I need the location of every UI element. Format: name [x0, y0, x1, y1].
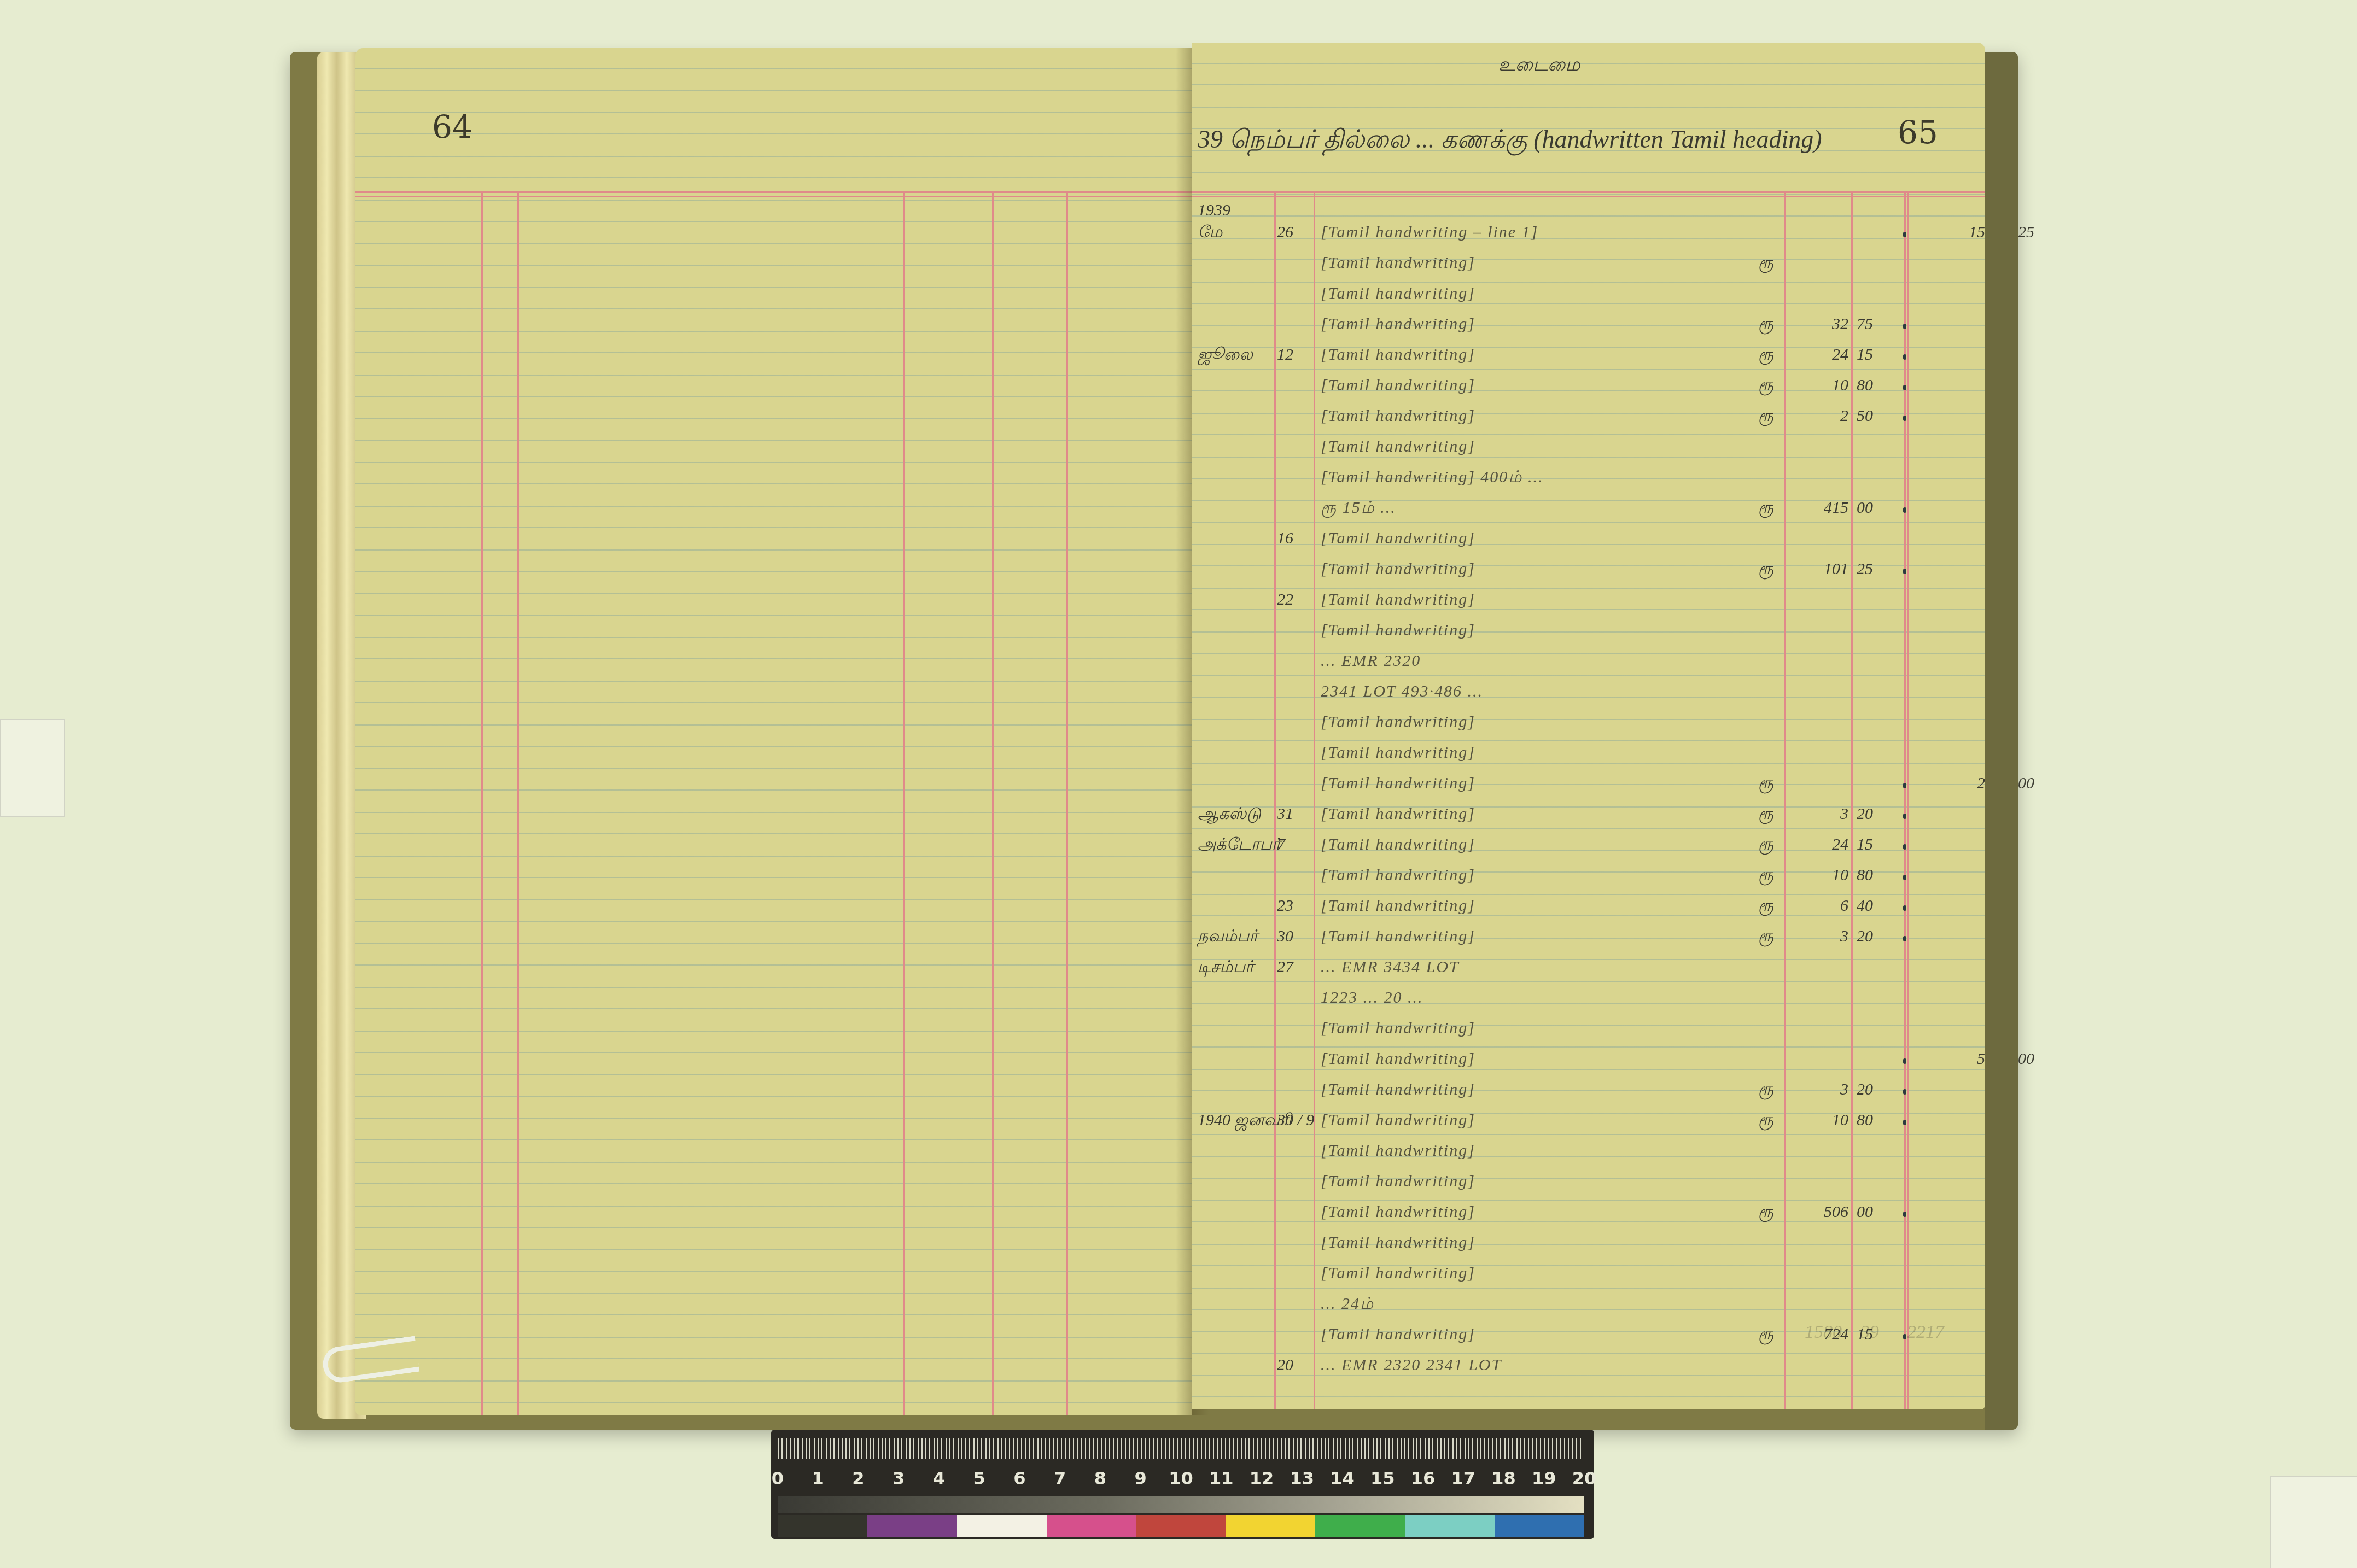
column-rule — [481, 191, 483, 1415]
tick-mark — [1903, 875, 1906, 880]
tick-mark — [1903, 232, 1906, 237]
ledger-row: 22[Tamil handwriting] — [1192, 590, 2078, 616]
ledger-row: [Tamil handwriting]ரூ1080 — [1192, 376, 2078, 401]
ruler-ticks — [778, 1438, 1584, 1459]
ledger-row: [Tamil handwriting] — [1192, 1233, 2078, 1259]
entry-description: [Tamil handwriting] — [1321, 1325, 1769, 1344]
ruler-label: 6 — [1013, 1468, 1025, 1489]
ruler-label: 2 — [852, 1468, 864, 1489]
amount-paise: 80 — [1857, 1111, 1895, 1130]
amount-rupees: 3 — [1788, 1080, 1848, 1099]
tick-mark — [1903, 1058, 1906, 1064]
amount-rupees: 415 — [1788, 499, 1848, 517]
entry-day: 7 — [1277, 835, 1310, 854]
entry-description: [Tamil handwriting] — [1321, 927, 1769, 946]
ditto-mark: ரூ — [1758, 1111, 1780, 1132]
tick-mark — [1903, 354, 1906, 360]
tape-mark-left — [0, 719, 65, 817]
entry-month: ஆகஸ்டு — [1198, 805, 1274, 826]
entry-description: [Tamil handwriting] — [1321, 1080, 1769, 1099]
entry-description: [Tamil handwriting] — [1321, 1233, 1769, 1252]
amount-rupees: 24 — [1788, 346, 1848, 364]
ruler-label: 11 — [1209, 1468, 1234, 1489]
color-patch — [957, 1515, 1047, 1537]
ruler-label: 3 — [892, 1468, 905, 1489]
ledger-row: [Tamil handwriting] — [1192, 744, 2078, 769]
amount-paise: 40 — [1857, 897, 1895, 915]
entry-description: [Tamil handwriting – line 1] — [1321, 223, 1769, 242]
ruler-label: 5 — [973, 1468, 985, 1489]
ledger-row: 20... EMR 2320 2341 LOT — [1192, 1356, 2078, 1381]
entry-month: அக்டோபர் — [1198, 835, 1274, 856]
amount-paise: 15 — [1857, 346, 1895, 364]
ledger-row: [Tamil handwriting] — [1192, 1172, 2078, 1197]
entry-description: [Tamil handwriting] — [1321, 835, 1769, 854]
ledger-row: [Tamil handwriting] — [1192, 1142, 2078, 1167]
tick-mark — [1903, 905, 1906, 911]
ruler-label: 15 — [1370, 1468, 1395, 1489]
ledger-row: ரூ 15ம் ...ரூ41500 — [1192, 499, 2078, 524]
column-rule — [1066, 191, 1068, 1415]
ledger-row: [Tamil handwriting]ரூ21600 — [1192, 774, 2078, 799]
entry-description: [Tamil handwriting] — [1321, 1019, 1769, 1038]
ledger-row: [Tamil handwriting] — [1192, 437, 2078, 463]
color-patch — [867, 1515, 957, 1537]
ledger-row: [Tamil handwriting]ரூ320 — [1192, 1080, 2078, 1105]
tick-mark — [1903, 416, 1906, 421]
tick-mark — [1903, 783, 1906, 788]
ruler-label: 18 — [1491, 1468, 1516, 1489]
ditto-mark: ரூ — [1758, 1325, 1780, 1346]
ledger-row: 1940 ஜனவரி30 / 9[Tamil handwriting]ரூ108… — [1192, 1111, 2078, 1136]
entry-description: ... EMR 2320 2341 LOT — [1321, 1356, 1769, 1374]
ditto-mark: ரூ — [1758, 376, 1780, 397]
ruler-label: 9 — [1135, 1468, 1147, 1489]
ditto-mark: ரூ — [1758, 774, 1780, 795]
ledger-row: அக்டோபர்7[Tamil handwriting]ரூ2415 — [1192, 835, 2078, 861]
ditto-mark: ரூ — [1758, 835, 1780, 856]
amount-rupees: 10 — [1788, 866, 1848, 885]
entry-day: 16 — [1277, 529, 1310, 548]
entry-description: [Tamil handwriting] — [1321, 284, 1769, 303]
ruler-labels: 01234567891011121314151617181920 — [778, 1468, 1584, 1490]
entry-description: [Tamil handwriting] — [1321, 1111, 1769, 1130]
entry-description: [Tamil handwriting] — [1321, 437, 1769, 456]
bleed-through-totals: 1580 39 2217 — [1805, 1322, 1944, 1343]
header-rule — [1192, 191, 1985, 193]
ditto-mark: ரூ — [1758, 346, 1780, 366]
amount-rupees: 2 — [1788, 407, 1848, 425]
tick-mark — [1903, 936, 1906, 941]
tick-mark — [1903, 1212, 1906, 1217]
entry-description: ரூ 15ம் ... — [1321, 499, 1769, 519]
ruler-label: 19 — [1532, 1468, 1556, 1489]
color-patch — [1047, 1515, 1136, 1537]
ledger-row: [Tamil handwriting]ரூ3275 — [1192, 315, 2078, 340]
amount-paise: 50 — [1857, 407, 1895, 425]
page-heading: 39 நெம்பர் தில்லை ... கணக்கு (handwritte… — [1198, 125, 1843, 157]
tick-mark — [1903, 507, 1906, 513]
ditto-mark: ரூ — [1758, 866, 1780, 887]
ledger-entries: மே26[Tamil handwriting – line 1]150125[T… — [1192, 223, 2078, 1399]
entry-description: ... EMR 2320 — [1321, 652, 1769, 670]
entry-month: மே — [1198, 223, 1274, 244]
right-page-number: 65 — [1898, 114, 1938, 151]
ditto-mark: ரூ — [1758, 407, 1780, 428]
entry-description: [Tamil handwriting] — [1321, 376, 1769, 395]
tick-mark — [1903, 814, 1906, 819]
entry-description: [Tamil handwriting] — [1321, 1203, 1769, 1221]
ledger-row: ஜூலை12[Tamil handwriting]ரூ2415 — [1192, 346, 2078, 371]
amount-rupees: 10 — [1788, 376, 1848, 395]
ruler-label: 7 — [1054, 1468, 1066, 1489]
amount-rupees: 32 — [1788, 315, 1848, 334]
ledger-row: [Tamil handwriting]ரூ — [1192, 254, 2078, 279]
scale-bar: 01234567891011121314151617181920 — [771, 1430, 1594, 1539]
ledger-row: [Tamil handwriting] — [1192, 284, 2078, 309]
color-patch — [1495, 1515, 1584, 1537]
ledger-row: [Tamil handwriting] — [1192, 621, 2078, 646]
amount-rupees: 101 — [1788, 560, 1848, 578]
amount-paise: 20 — [1857, 1080, 1895, 1099]
bleed-ps: 39 — [1860, 1322, 1879, 1342]
header-rule — [1192, 196, 1985, 197]
ruler-label: 16 — [1411, 1468, 1436, 1489]
entry-day: 12 — [1277, 346, 1310, 364]
left-page-number: 64 — [432, 108, 472, 145]
ruler-label: 1 — [812, 1468, 824, 1489]
entry-day: 31 — [1277, 805, 1310, 823]
amount-rupees: 3 — [1788, 805, 1848, 823]
entry-description: [Tamil handwriting] — [1321, 805, 1769, 823]
ledger-row: 23[Tamil handwriting]ரூ640 — [1192, 897, 2078, 922]
ledger-row: ஆகஸ்டு31[Tamil handwriting]ரூ320 — [1192, 805, 2078, 830]
color-patch — [778, 1515, 867, 1537]
ledger-row: [Tamil handwriting]ரூ50600 — [1192, 1203, 2078, 1228]
entry-description: [Tamil handwriting] — [1321, 346, 1769, 364]
entry-day: 22 — [1277, 590, 1310, 609]
column-rule — [903, 191, 905, 1415]
entry-description: [Tamil handwriting] — [1321, 713, 1769, 732]
left-page: 64 — [355, 48, 1192, 1415]
amount-paise: 75 — [1857, 315, 1895, 334]
entry-day: 26 — [1277, 223, 1310, 242]
amount-rupees: 3 — [1788, 927, 1848, 946]
ledger-row: [Tamil handwriting] — [1192, 713, 2078, 738]
entry-description: [Tamil handwriting] — [1321, 407, 1769, 425]
color-patch — [1405, 1515, 1495, 1537]
ruler-label: 8 — [1094, 1468, 1106, 1489]
bleed-rs: 1580 — [1805, 1322, 1842, 1342]
ruler-label: 10 — [1169, 1468, 1193, 1489]
ditto-mark: ரூ — [1758, 897, 1780, 917]
amount-paise: 20 — [1857, 927, 1895, 946]
amount-rupees: 24 — [1788, 835, 1848, 854]
entry-day: 20 — [1277, 1356, 1310, 1374]
color-patch — [1315, 1515, 1405, 1537]
ruler-label: 13 — [1290, 1468, 1314, 1489]
column-rule — [992, 191, 994, 1415]
ditto-mark: ரூ — [1758, 254, 1780, 274]
ruler-label: 14 — [1330, 1468, 1355, 1489]
entry-description: [Tamil handwriting] — [1321, 590, 1769, 609]
cover-edge-right — [1985, 52, 2018, 1430]
ruler-label: 12 — [1250, 1468, 1274, 1489]
ruler-label: 0 — [772, 1468, 784, 1489]
tick-mark — [1903, 1089, 1906, 1095]
ditto-mark: ரூ — [1758, 1203, 1780, 1224]
ditto-mark: ரூ — [1758, 805, 1780, 826]
ditto-mark: ரூ — [1758, 499, 1780, 519]
ledger-row: மே26[Tamil handwriting – line 1]150125 — [1192, 223, 2078, 248]
tape-mark-right — [2270, 1476, 2357, 1568]
amount-paise: 80 — [1857, 376, 1895, 395]
gray-scale-strip — [778, 1496, 1584, 1513]
entry-description: [Tamil handwriting] — [1321, 560, 1769, 578]
entry-month: ஜூலை — [1198, 346, 1274, 366]
ruler-label: 20 — [1572, 1468, 1597, 1489]
ledger-row: [Tamil handwriting]ரூ1080 — [1192, 866, 2078, 891]
tick-mark — [1903, 569, 1906, 574]
ledger-row: [Tamil handwriting] — [1192, 1264, 2078, 1289]
ledger-row: நவம்பர்30[Tamil handwriting]ரூ320 — [1192, 927, 2078, 952]
ledger-row: 2341 LOT 493·486 ... — [1192, 682, 2078, 707]
entry-description: 2341 LOT 493·486 ... — [1321, 682, 1769, 701]
bleed-total: 2217 — [1907, 1322, 1944, 1342]
ledger-row: [Tamil handwriting]ரூ10125 — [1192, 560, 2078, 585]
ledger-row: 1223 ... 20 ... — [1192, 988, 2078, 1014]
color-patch — [1136, 1515, 1226, 1537]
ruler-label: 17 — [1451, 1468, 1475, 1489]
total-paise: 00 — [2018, 774, 2062, 793]
ledger-row: [Tamil handwriting]ரூ250 — [1192, 407, 2078, 432]
entry-day: 30 — [1277, 927, 1310, 946]
entry-month: 1940 ஜனவரி — [1198, 1111, 1274, 1132]
entry-description: [Tamil handwriting] — [1321, 1172, 1769, 1191]
amount-rupees: 506 — [1788, 1203, 1848, 1221]
ditto-mark: ரூ — [1758, 560, 1780, 581]
entry-description: [Tamil handwriting] — [1321, 1142, 1769, 1160]
ditto-mark: ரூ — [1758, 1080, 1780, 1101]
entry-description: [Tamil handwriting] — [1321, 1050, 1769, 1068]
entry-description: [Tamil handwriting] — [1321, 866, 1769, 885]
entry-description: ... 24ம் — [1321, 1295, 1769, 1315]
tick-mark — [1903, 324, 1906, 329]
ledger-row: [Tamil handwriting]50000 — [1192, 1050, 2078, 1075]
ledger-row: [Tamil handwriting] — [1192, 1019, 2078, 1044]
entry-description: [Tamil handwriting] — [1321, 774, 1769, 793]
color-patch — [1226, 1515, 1315, 1537]
ledger-row: ... 24ம் — [1192, 1295, 2078, 1320]
entry-description: 1223 ... 20 ... — [1321, 988, 1769, 1007]
amount-paise: 80 — [1857, 866, 1895, 885]
tick-mark — [1903, 1120, 1906, 1125]
entry-month: நவம்பர் — [1198, 927, 1274, 948]
ditto-mark: ரூ — [1758, 315, 1780, 336]
amount-paise: 20 — [1857, 805, 1895, 823]
entry-description: [Tamil handwriting] — [1321, 254, 1769, 272]
entry-description: [Tamil handwriting] — [1321, 621, 1769, 640]
entry-day: 30 / 9 — [1277, 1111, 1310, 1130]
top-label: உடைமை — [1498, 55, 1580, 78]
right-page: உடைமை 39 நெம்பர் தில்லை ... கணக்கு (hand… — [1192, 43, 1985, 1409]
amount-paise: 00 — [1857, 499, 1895, 517]
entry-description: [Tamil handwriting] — [1321, 529, 1769, 548]
entry-description: [Tamil handwriting] — [1321, 897, 1769, 915]
ledger-row: [Tamil handwriting] 400ம் ... — [1192, 468, 2078, 493]
column-rule — [517, 191, 519, 1415]
ruler-label: 4 — [933, 1468, 945, 1489]
amount-paise: 15 — [1857, 835, 1895, 854]
ledger-row: [Tamil handwriting]ரூ72415 — [1192, 1325, 2078, 1350]
entry-description: [Tamil handwriting] — [1321, 1264, 1769, 1283]
ditto-mark: ரூ — [1758, 927, 1780, 948]
ledger-row: ... EMR 2320 — [1192, 652, 2078, 677]
entry-day: 23 — [1277, 897, 1310, 915]
tick-mark — [1903, 385, 1906, 390]
entry-description: [Tamil handwriting] — [1321, 744, 1769, 762]
ledger-row: 16[Tamil handwriting] — [1192, 529, 2078, 554]
entry-description: [Tamil handwriting] — [1321, 315, 1769, 334]
ledger-row: டிசம்பர்27... EMR 3434 LOT — [1192, 958, 2078, 983]
color-patches — [778, 1515, 1584, 1537]
entry-description: ... EMR 3434 LOT — [1321, 958, 1769, 976]
amount-paise: 00 — [1857, 1203, 1895, 1221]
amount-rupees: 10 — [1788, 1111, 1848, 1130]
entry-description: [Tamil handwriting] 400ம் ... — [1321, 468, 1769, 489]
entry-month: டிசம்பர் — [1198, 958, 1274, 979]
entry-day: 27 — [1277, 958, 1310, 976]
total-paise: 25 — [2018, 223, 2062, 242]
total-paise: 00 — [2018, 1050, 2062, 1068]
amount-paise: 25 — [1857, 560, 1895, 578]
amount-rupees: 6 — [1788, 897, 1848, 915]
year-label: 1939 — [1198, 201, 1230, 220]
tick-mark — [1903, 844, 1906, 850]
